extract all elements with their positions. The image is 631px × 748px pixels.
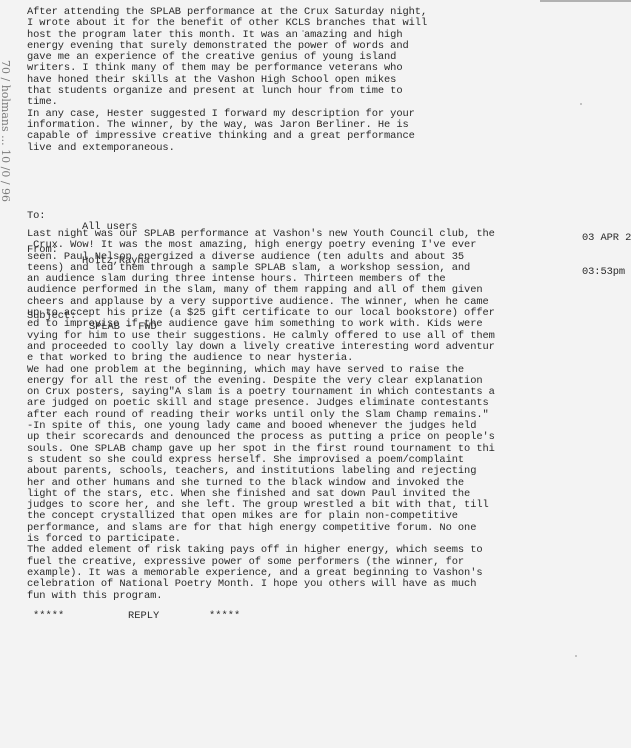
scanned-email-printout: 70 / holmans ... 10 /0 / 96 After attend… [0, 0, 631, 748]
text-line: that students organize and present at lu… [27, 86, 427, 97]
to-row: To: All users 03 APR 2000 [27, 200, 64, 211]
text-line: I wrote about it for the benefit of othe… [27, 18, 427, 29]
text-line: e that worked to bring the audience to n… [27, 353, 495, 364]
handwritten-margin-note: 70 / holmans ... 10 /0 / 96 [0, 60, 16, 460]
text-line: Crux. Wow! It was the most amazing, high… [27, 240, 495, 251]
footer-stars-right: ***** [209, 610, 240, 622]
scan-speck [302, 30, 304, 32]
text-line: capable of impressive creative thinking … [27, 131, 427, 142]
email-footer: ***** REPLY ***** [33, 610, 58, 670]
text-line: celebration of National Poetry Month. I … [27, 579, 495, 590]
forward-note: After attending the SPLAB performance at… [27, 7, 427, 154]
text-line: time. [27, 97, 427, 108]
reply-label[interactable]: REPLY [128, 610, 159, 622]
date-value: 03 APR 2000 [582, 233, 631, 244]
to-label: To: [27, 211, 45, 222]
text-line: fun with this program. [27, 591, 495, 602]
email-body: Last night was our SPLAB performance at … [27, 229, 495, 602]
text-line: about parents, schools, teachers, and in… [27, 466, 495, 477]
scan-speck [580, 103, 582, 105]
footer-stars-left: ***** [33, 610, 64, 622]
scan-edge-mark [540, 0, 631, 2]
text-line: The added element of risk taking pays of… [27, 545, 495, 556]
text-line: ed to improvise if the audience gave him… [27, 319, 495, 330]
margin-note-text: 70 / holmans ... 10 /0 / 96 [0, 60, 12, 202]
text-line: live and extemporaneous. [27, 143, 427, 154]
scan-speck [575, 655, 577, 657]
text-line: up their scorecards and denounced the pr… [27, 432, 495, 443]
time-value: 03:53pm [582, 267, 625, 278]
